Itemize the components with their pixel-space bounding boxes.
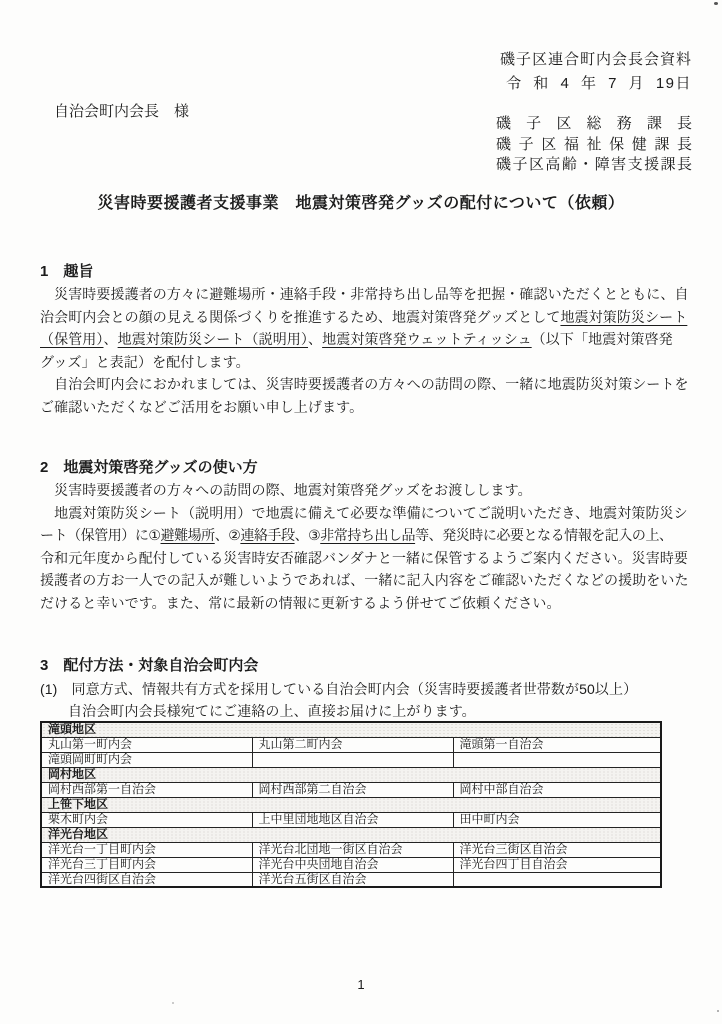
table-row: 洋光台一丁目町内会洋光台北団地一街区自治会洋光台三街区自治会 [41, 842, 661, 857]
district-header-row: 洋光台地区 [41, 827, 661, 842]
underlined-text: 連絡手段 [240, 527, 294, 543]
table-cell: 洋光台四街区自治会 [41, 872, 252, 887]
table-cell: 洋光台三街区自治会 [453, 842, 661, 857]
page-number: 1 [0, 977, 722, 992]
underlined-text: 地震対策防災シート [560, 309, 687, 325]
sender-list: 磯子区総務課長 磯子区福祉保健課長 磯子区高齢・障害支援課長 [496, 114, 692, 176]
header-date: 令 和 4 年 7 月 19日 [500, 76, 692, 91]
sender-health-welfare: 磯子区福祉保健課長 [496, 135, 692, 156]
underlined-text: 非常持ち出し品 [320, 527, 415, 543]
section3-item1: (1) 同意方式、情報共有方式を採用している自治会町内会（災害時要援護者世帯数が… [40, 679, 637, 699]
text-segment: ご確認いただくなどご活用をお願い申し上げます。 [40, 399, 363, 415]
text-segment: 治会町内会との顔の見える関係づくりを推進するため、地震対策啓発グッズとして [40, 309, 560, 325]
table-cell: 洋光台北団地一街区自治会 [252, 842, 453, 857]
paragraph-line: ート（保管用）に①避難場所、②連絡手段、③非常持ち出し品等、発災時に必要となる情… [40, 524, 696, 547]
district-header-row: 上笹下地区 [41, 797, 661, 812]
section3-heading: 3 配付方法・対象自治会町内会 [40, 654, 258, 675]
table-cell: 栗木町内会 [41, 812, 252, 827]
table-row: 栗木町内会上中里団地地区自治会田中町内会 [41, 812, 661, 827]
underlined-text: 避難場所 [161, 527, 215, 543]
recipient-line: 自治会町内会長 様 [54, 100, 189, 121]
table-cell: 丸山第二町内会 [252, 737, 453, 752]
paragraph-line: 災害時要援護者の方々への訪問の際、地震対策啓発グッズをお渡しします。 [40, 479, 696, 502]
district-name: 岡村地区 [41, 767, 661, 782]
table-row: 洋光台四街区自治会洋光台五街区自治会 [41, 872, 661, 887]
table-cell: 丸山第一町内会 [41, 737, 252, 752]
section3-item1-note: 自治会町内会長様宛てにご連絡の上、直接お届けに上がります。 [68, 701, 476, 721]
text-segment: だけると幸いです。また、常に最新の情報に更新するよう併せてご依頼ください。 [40, 595, 561, 611]
underlined-text: （保管用） [40, 331, 104, 347]
table-cell: 滝頭岡町町内会 [41, 752, 252, 767]
document-page: 磯子区連合町内会長会資料 令 和 4 年 7 月 19日 自治会町内会長 様 磯… [0, 0, 722, 1024]
paragraph-line: 援護者の方お一人での記入が難しいようであれば、一緒に記入内容をご確認いただくなど… [40, 569, 696, 592]
text-segment: 、 [308, 331, 322, 347]
header-right-block: 磯子区連合町内会長会資料 令 和 4 年 7 月 19日 [500, 52, 692, 91]
scan-artifact [714, 2, 718, 5]
section1-heading: 1 趣旨 [40, 260, 93, 281]
underlined-text: 地震対策防災シート（説明用） [118, 331, 308, 347]
table-cell: 滝頭第一自治会 [453, 737, 661, 752]
text-segment: （以下「地震対策啓発 [532, 331, 673, 347]
table-cell [252, 752, 453, 767]
paragraph-line: グッズ」と表記）を配付します。 [40, 351, 696, 374]
text-segment: 自治会町内会におかれましては、災害時要援護者の方々への訪問の際、一緒に地震防災対… [40, 376, 689, 392]
table-cell: 洋光台三丁目町内会 [41, 857, 252, 872]
header-source-label: 磯子区連合町内会長会資料 [500, 52, 692, 67]
scan-artifact [717, 1010, 719, 1012]
scan-artifact [172, 1002, 174, 1004]
underlined-text: 地震対策啓発ウェットティッシュ [322, 331, 532, 347]
district-header-row: 岡村地区 [41, 767, 661, 782]
table-cell [453, 872, 661, 887]
paragraph-line: 自治会町内会におかれましては、災害時要援護者の方々への訪問の際、一緒に地震防災対… [40, 373, 696, 396]
district-name: 上笹下地区 [41, 797, 661, 812]
table-cell: 岡村西部第二自治会 [252, 782, 453, 797]
section1-paragraph: 災害時要援護者の方々に避難場所・連絡手段・非常持ち出し品等を把握・確認いただくと… [40, 283, 696, 419]
district-header-row: 滝頭地区 [41, 722, 661, 737]
paragraph-line: 令和元年度から配付している災害時安否確認バンダナと一緒に保管するようご案内くださ… [40, 547, 696, 570]
table-cell: 洋光台中央団地自治会 [252, 857, 453, 872]
table-cell [453, 752, 661, 767]
district-name: 滝頭地区 [41, 722, 661, 737]
table-cell: 岡村西部第一自治会 [41, 782, 252, 797]
table-cell: 洋光台一丁目町内会 [41, 842, 252, 857]
text-segment: 地震対策防災シート（説明用）で地震に備えて必要な準備についてご説明いただき、地震… [40, 505, 688, 521]
text-segment: 、③ [295, 527, 321, 543]
section2-heading: 2 地震対策啓発グッズの使い方 [40, 456, 258, 477]
paragraph-line: だけると幸いです。また、常に最新の情報に更新するよう併せてご依頼ください。 [40, 592, 696, 615]
paragraph-line: ご確認いただくなどご活用をお願い申し上げます。 [40, 396, 696, 419]
table-cell: 洋光台五街区自治会 [252, 872, 453, 887]
text-segment: 援護者の方お一人での記入が難しいようであれば、一緒に記入内容をご確認いただくなど… [40, 572, 689, 588]
sender-elderly-disability: 磯子区高齢・障害支援課長 [496, 155, 692, 176]
sender-general-affairs: 磯子区総務課長 [496, 114, 692, 135]
paragraph-line: （保管用）、地震対策防災シート（説明用）、地震対策啓発ウェットティッシュ（以下「… [40, 328, 696, 351]
text-segment: 災害時要援護者の方々に避難場所・連絡手段・非常持ち出し品等を把握・確認いただくと… [40, 286, 689, 302]
paragraph-line: 災害時要援護者の方々に避難場所・連絡手段・非常持ち出し品等を把握・確認いただくと… [40, 283, 696, 306]
paragraph-line: 治会町内会との顔の見える関係づくりを推進するため、地震対策啓発グッズとして地震対… [40, 306, 696, 329]
table-row: 丸山第一町内会丸山第二町内会滝頭第一自治会 [41, 737, 661, 752]
text-segment: ート（保管用）に① [40, 527, 161, 543]
table-cell: 上中里団地地区自治会 [252, 812, 453, 827]
text-segment: グッズ」と表記）を配付します。 [40, 354, 250, 370]
table-row: 滝頭岡町町内会 [41, 752, 661, 767]
district-association-table: 滝頭地区 丸山第一町内会丸山第二町内会滝頭第一自治会 滝頭岡町町内会 岡村地区 … [40, 721, 662, 888]
table-row: 岡村西部第一自治会岡村西部第二自治会岡村中部自治会 [41, 782, 661, 797]
section2-paragraph: 災害時要援護者の方々への訪問の際、地震対策啓発グッズをお渡しします。 地震対策防… [40, 479, 696, 615]
text-segment: 等、発災時に必要となる情報を記入の上、 [415, 527, 672, 543]
text-segment: 災害時要援護者の方々への訪問の際、地震対策啓発グッズをお渡しします。 [40, 482, 532, 498]
table-cell: 洋光台四丁目自治会 [453, 857, 661, 872]
document-title: 災害時要援護者支援事業 地震対策啓発グッズの配付について（依頼） [0, 190, 722, 213]
text-segment: 、② [215, 527, 241, 543]
text-segment: 令和元年度から配付している災害時安否確認バンダナと一緒に保管するようご案内くださ… [40, 550, 688, 566]
text-segment: 、 [104, 331, 118, 347]
paragraph-line: 地震対策防災シート（説明用）で地震に備えて必要な準備についてご説明いただき、地震… [40, 502, 696, 525]
table-cell: 田中町内会 [453, 812, 661, 827]
table-cell: 岡村中部自治会 [453, 782, 661, 797]
district-name: 洋光台地区 [41, 827, 661, 842]
table-row: 洋光台三丁目町内会洋光台中央団地自治会洋光台四丁目自治会 [41, 857, 661, 872]
